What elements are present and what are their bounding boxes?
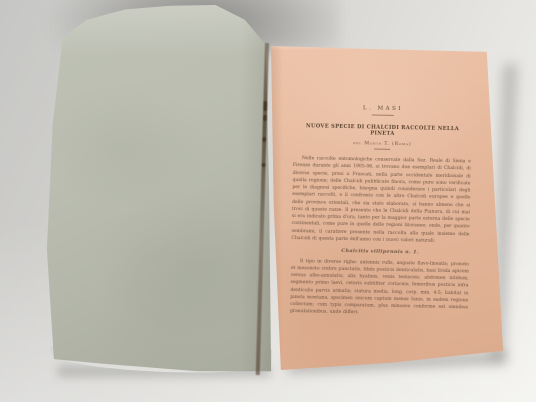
- species-heading: Chalcitis villipennis n. 1.: [291, 247, 469, 256]
- stitch-thread: [262, 163, 266, 167]
- booklet-text-right-page: L. MASI NUOVE SPECIE DI CHALCIDI RACCOLT…: [266, 42, 506, 372]
- booklet-cover-left-page: [46, 5, 272, 375]
- byline-line: del Monte T. (Roma): [293, 138, 471, 147]
- paragraph-second: Il tipo in diverse righe: antennis rufis…: [290, 257, 469, 318]
- divider-rule-byline: [374, 149, 390, 150]
- photo-backdrop: L. MASI NUOVE SPECIE DI CHALCIDI RACCOLT…: [0, 0, 536, 402]
- paragraph-first: Nelle raccolte entomologiche conservate …: [291, 155, 471, 245]
- author-header: L. MASI: [294, 104, 472, 113]
- stitch-thread: [262, 137, 266, 142]
- stitch-thread: [263, 115, 267, 121]
- stitch-thread: [263, 101, 267, 111]
- title-line: NUOVE SPECIE DI CHALCIDI RACCOLTE NELLA …: [293, 122, 471, 137]
- printed-text-block: L. MASI NUOVE SPECIE DI CHALCIDI RACCOLT…: [290, 104, 472, 319]
- divider-rule-top: [372, 114, 394, 115]
